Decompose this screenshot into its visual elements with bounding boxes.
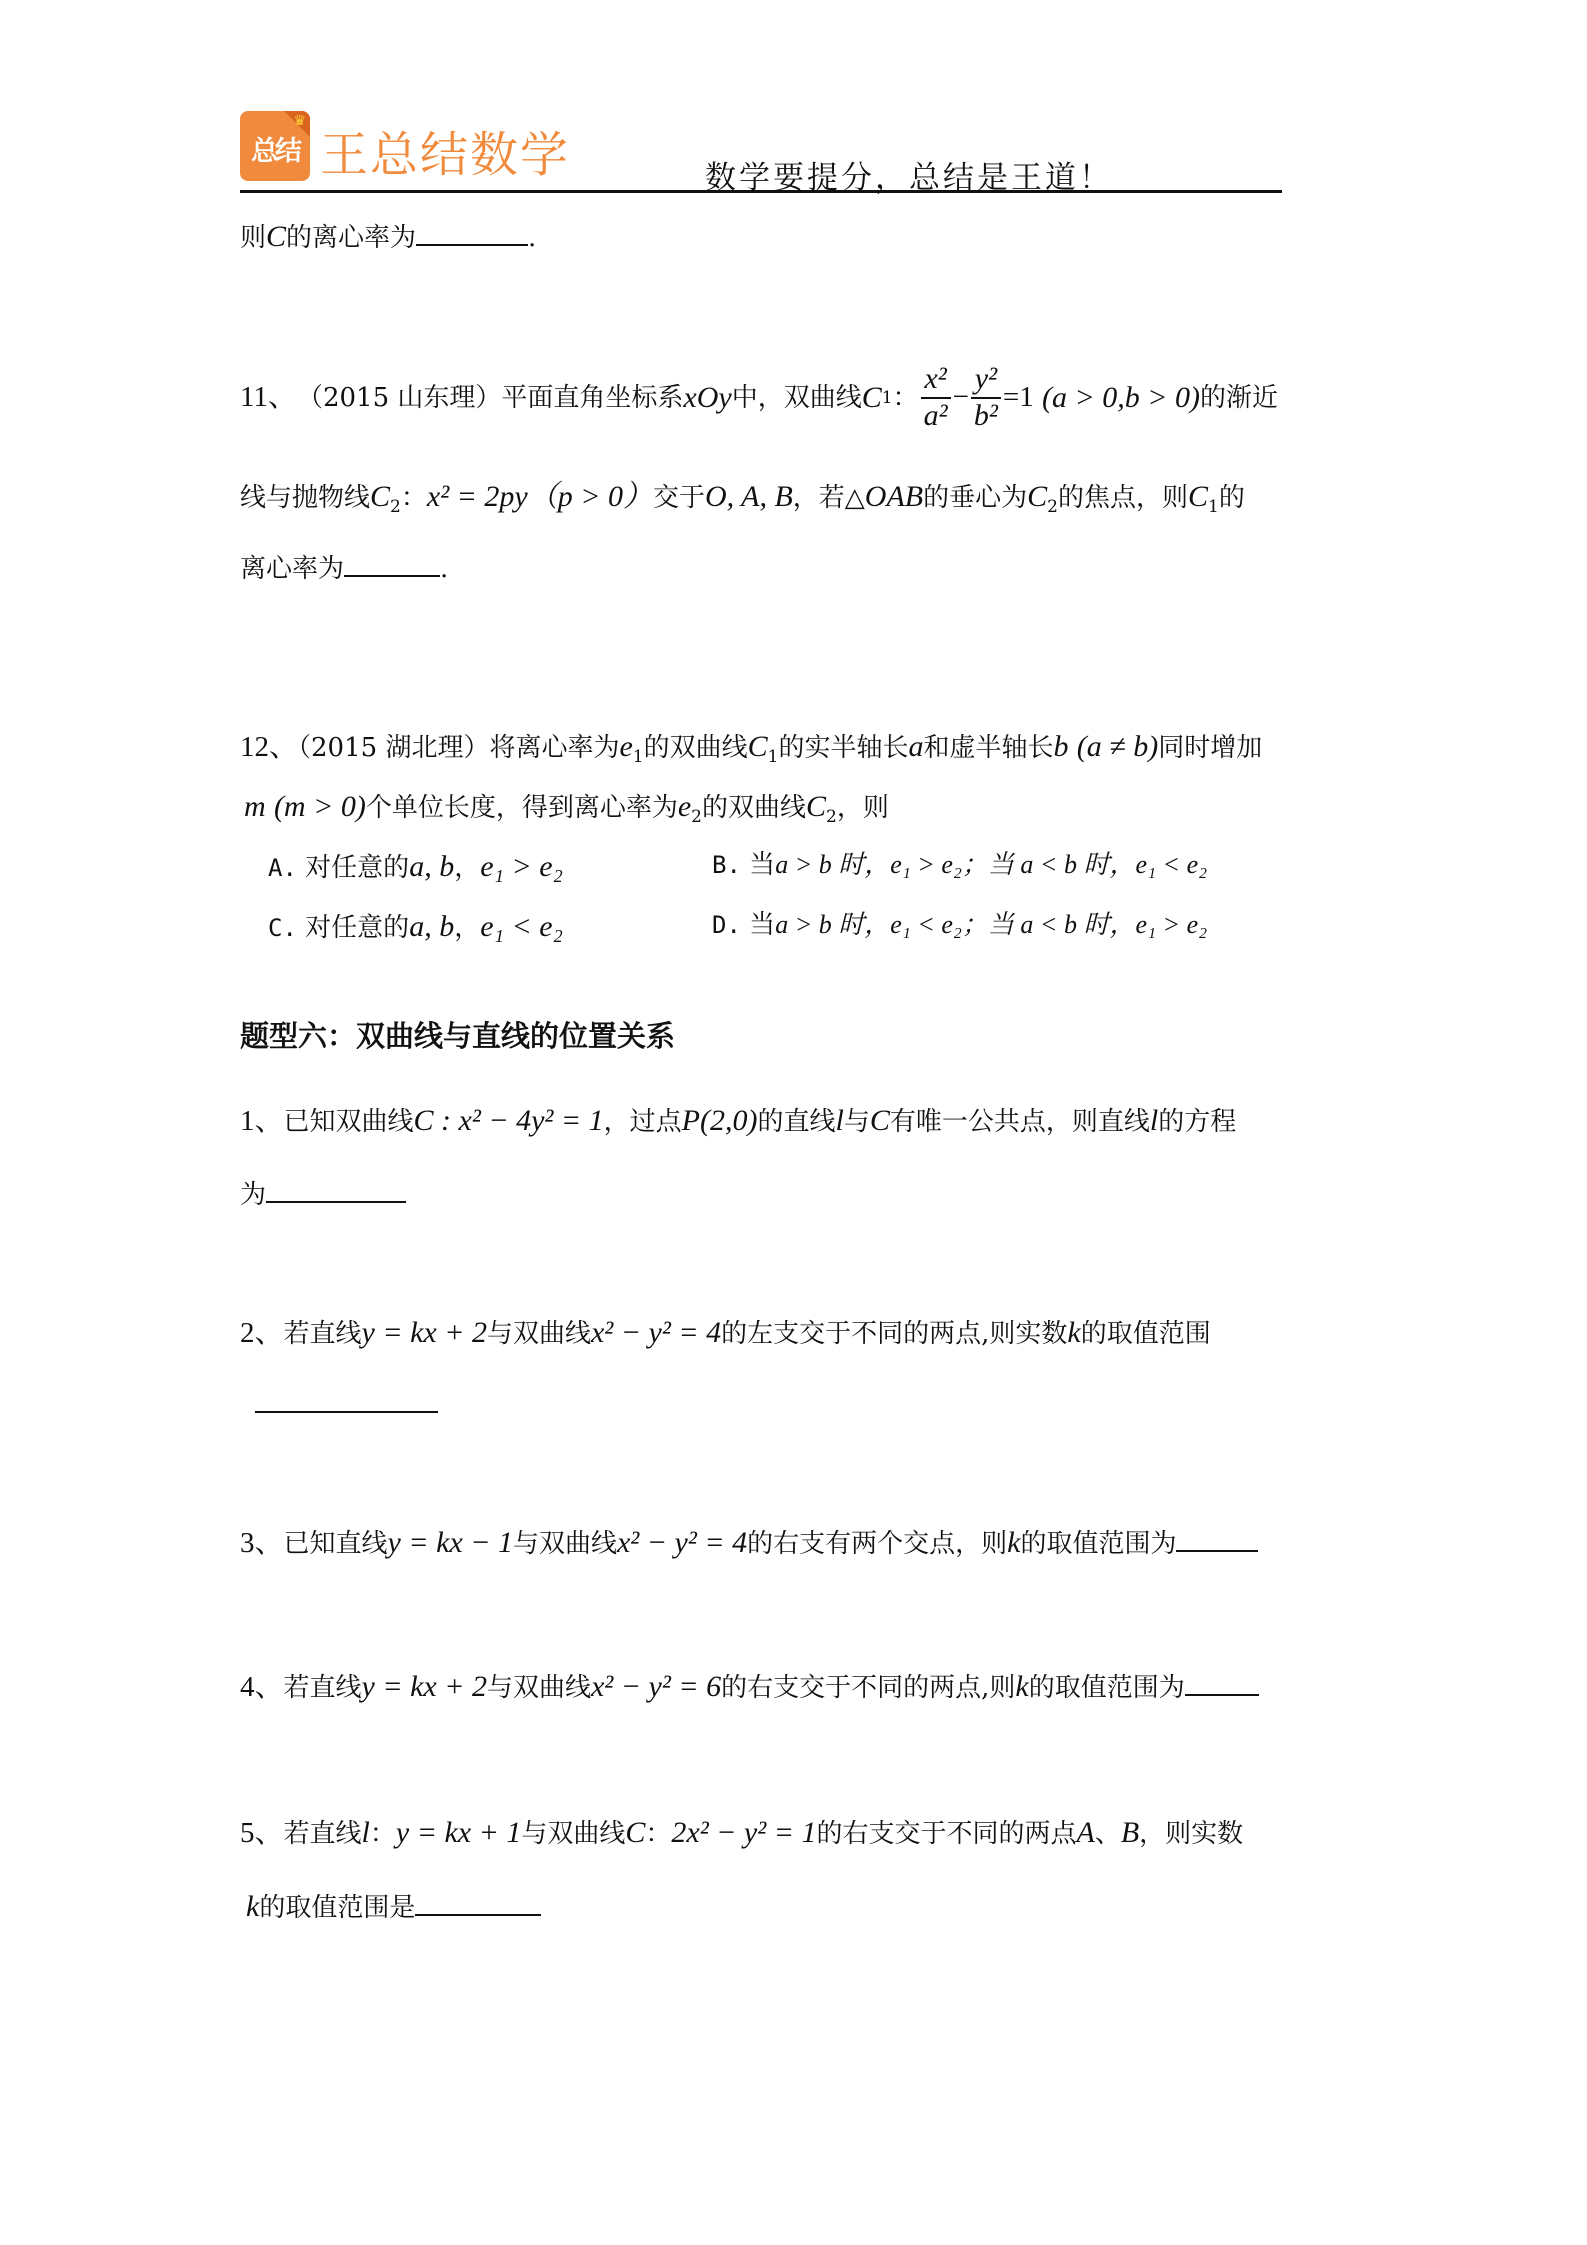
text: ，则实数 (1139, 1819, 1243, 1849)
relation: a > b 时，e₁ > e₂；当 a < b 时，e₁ < e₂ (775, 850, 1207, 879)
option-d[interactable]: D. 当a > b 时，e₁ < e₂；当 a < b 时，e₁ > e₂ (712, 912, 1207, 938)
subscript: 1 (633, 747, 644, 767)
text: 已知直线 (284, 1529, 388, 1559)
line-equation: y = kx − 1 (388, 1526, 513, 1559)
relation: a > b 时，e₁ < e₂；当 a < b 时，e₁ > e₂ (775, 910, 1207, 939)
text: 同时增加 (1158, 733, 1262, 763)
s6-q3-line-1: 3、已知直线y = kx − 1与双曲线x² − y² = 4的右支有两个交点，… (240, 1528, 1258, 1558)
answer-blank[interactable] (1176, 1549, 1258, 1552)
s6-q5-line-1: 5、若直线l：y = kx + 1与双曲线C：2x² − y² = 1的右支交于… (240, 1818, 1243, 1848)
text: 的取值范围 (1081, 1319, 1211, 1349)
text: 的方程 (1158, 1107, 1236, 1137)
points: O, A, B (705, 480, 793, 513)
text: 的离心率为 (286, 223, 416, 253)
answer-blank[interactable] (344, 574, 440, 577)
line-equation: y = kx + 2 (362, 1670, 487, 1703)
math-var: xOy (683, 383, 731, 413)
text: 的 (1219, 483, 1245, 513)
q12-line-2: m (m > 0)个单位长度，得到离心率为e2的双曲线C2，则 (244, 792, 889, 822)
text: ，过点 (604, 1107, 682, 1137)
option-a[interactable]: A. 对任意的a, b，e₁ > e₂ (268, 852, 563, 882)
answer-blank[interactable] (255, 1410, 438, 1413)
question-number: 3、 (240, 1527, 284, 1559)
condition: (a > 0,b > 0) (1042, 383, 1200, 413)
point: A (1077, 1816, 1095, 1849)
text: 的双曲线 (702, 793, 806, 823)
question-source: （2015 湖北理） (298, 733, 489, 763)
text: 离心率为 (240, 554, 344, 584)
math-var: a (909, 730, 924, 763)
point: B (1121, 1816, 1139, 1849)
text: 当 (749, 850, 775, 880)
math-var: k (1015, 1670, 1028, 1703)
text: 的焦点，则 (1058, 483, 1188, 513)
denominator: a² (921, 399, 951, 434)
text: 的直线 (757, 1107, 835, 1137)
option-b[interactable]: B. 当a > b 时，e₁ > e₂；当 a < b 时，e₁ < e₂ (712, 852, 1207, 878)
condition: （p > 0） (528, 480, 653, 513)
fraction-y2-b2: y²b² (971, 362, 1001, 433)
math-var: l (1150, 1104, 1158, 1137)
text: 平面直角坐标系 (501, 385, 683, 411)
text: 若直线 (284, 1673, 362, 1703)
answer-blank[interactable] (1185, 1693, 1259, 1696)
question-source: （2015 山东理） (297, 385, 501, 411)
question-number: 5、 (240, 1817, 284, 1849)
text: ， (454, 853, 480, 883)
math-var: C (1188, 480, 1208, 513)
text: 和虚半轴长 (924, 733, 1054, 763)
s6-q2-line-1: 2、若直线y = kx + 2与双曲线x² − y² = 4的左支交于不同的两点… (240, 1318, 1211, 1348)
answer-blank[interactable] (416, 243, 528, 246)
math-var: a, b (409, 910, 454, 943)
text: 当 (749, 910, 775, 940)
text: 线与抛物线 (240, 483, 370, 513)
subscript: 2 (390, 497, 401, 517)
math-var: e (619, 730, 632, 763)
text: 与 (844, 1107, 870, 1137)
text: 中，双曲线 (732, 385, 862, 411)
math-var: C (748, 730, 768, 763)
condition: (a ≠ b) (1077, 730, 1158, 763)
text: 有唯一公共点，则直线 (890, 1107, 1150, 1137)
question-number: 4、 (240, 1671, 284, 1703)
text: 若直线 (284, 1319, 362, 1349)
option-label: B. (712, 851, 741, 879)
text: 与双曲线 (521, 1819, 625, 1849)
math-var: b (1054, 730, 1069, 763)
text: 的右支交于不同的两点,则 (721, 1673, 1015, 1703)
q11-line-2: 线与抛物线C2：x² = 2py（p > 0）交于O, A, B，若△OAB的垂… (240, 482, 1245, 512)
text: 的垂心为 (923, 483, 1027, 513)
text: 为 (240, 1180, 266, 1210)
q11-line-1: 11、（2015 山东理）平面直角坐标系xOy中，双曲线C1： x²a²−y²b… (240, 362, 1278, 433)
denominator: b² (971, 399, 1001, 434)
text: 的左支交于不同的两点,则实数 (721, 1319, 1067, 1349)
answer-blank[interactable] (266, 1200, 406, 1203)
text: ： (401, 483, 427, 513)
math-var: k (246, 1890, 259, 1923)
question-number: 2、 (240, 1317, 284, 1349)
q11-line-3: 离心率为. (240, 556, 448, 582)
text: 的实半轴长 (778, 733, 908, 763)
s6-q4-line-1: 4、若直线y = kx + 2与双曲线x² − y² = 6的右支交于不同的两点… (240, 1672, 1259, 1702)
hyperbola-equation: x² − y² = 6 (591, 1670, 721, 1703)
math-var: m (244, 790, 266, 823)
question-number: 11、 (240, 383, 297, 412)
math-var: C (1027, 480, 1047, 513)
hyperbola-equation: 2x² − y² = 1 (671, 1816, 816, 1849)
text: 个单位长度，得到离心率为 (366, 793, 678, 823)
s6-q1-line-1: 1、已知双曲线C : x² − 4y² = 1，过点P(2,0)的直线l与C有唯… (240, 1106, 1236, 1136)
section-heading: 题型六：双曲线与直线的位置关系 (240, 1022, 675, 1051)
answer-blank[interactable] (415, 1913, 541, 1916)
text: ， (454, 913, 480, 943)
subscript: 2 (1047, 497, 1058, 517)
text: 对任意的 (305, 913, 409, 943)
point: P(2,0) (682, 1104, 758, 1137)
math-var: e (678, 790, 691, 823)
hyperbola-equation: x² − y² = 4 (591, 1316, 721, 1349)
text: 的取值范围为 (1020, 1529, 1176, 1559)
text: 的取值范围为 (1029, 1673, 1185, 1703)
math-var: C (870, 1104, 890, 1137)
text: 的双曲线 (644, 733, 748, 763)
q12-line-1: 12、（2015 湖北理）将离心率为e1的双曲线C1的实半轴长a和虚半轴长b (… (240, 732, 1262, 762)
question-number: 12、 (240, 731, 298, 763)
fraction-x2-a2: x²a² (921, 362, 951, 433)
triangle-name: OAB (865, 480, 923, 513)
carryover-line: 则C的离心率为. (240, 222, 536, 252)
minus-sign: − (953, 383, 969, 412)
math-var: a, b (409, 850, 454, 883)
math-var: C (625, 1816, 645, 1849)
text: 的取值范围是 (259, 1893, 415, 1923)
numerator: y² (971, 362, 1001, 399)
text: ： (645, 1819, 671, 1849)
text: 将离心率为 (489, 733, 619, 763)
relation: e₁ > e₂ (480, 850, 563, 883)
text: 的渐近 (1200, 385, 1278, 411)
brand-name: 王总结数学 (320, 116, 570, 185)
text: . (440, 554, 448, 584)
text: 若直线 (284, 1819, 362, 1849)
math-var: C (862, 383, 882, 413)
hyperbola-equation: C : x² − 4y² = 1 (414, 1104, 604, 1137)
equals-one: =1 (1003, 383, 1034, 412)
parabola-equation: x² = 2py (427, 480, 528, 513)
crown-icon: ♛ (293, 113, 306, 129)
s6-q5-line-2: k的取值范围是 (246, 1892, 541, 1922)
option-label: C. (268, 914, 297, 942)
subscript: 1 (768, 747, 779, 767)
option-label: A. (268, 854, 297, 882)
math-var: l (835, 1104, 843, 1137)
text: 、 (1095, 1819, 1121, 1849)
line-equation: y = kx + 1 (396, 1816, 521, 1849)
text: 与双曲线 (487, 1319, 591, 1349)
header-divider (240, 190, 1282, 193)
subscript: 2 (691, 807, 702, 827)
text: ： (370, 1819, 396, 1849)
text: ： (893, 385, 919, 411)
text: 已知双曲线 (284, 1107, 414, 1137)
math-var: C (370, 480, 390, 513)
math-var: k (1067, 1316, 1080, 1349)
text: 的右支有两个交点，则 (747, 1529, 1007, 1559)
math-var: l (362, 1816, 370, 1849)
text: ，若△ (793, 483, 865, 513)
option-label: D. (712, 911, 741, 939)
logo-badge: ♛ 总结 (240, 111, 310, 181)
text: ，则 (837, 793, 889, 823)
text: 交于 (653, 483, 705, 513)
math-var: C (266, 220, 286, 253)
question-number: 1、 (240, 1105, 284, 1137)
option-c[interactable]: C. 对任意的a, b，e₁ < e₂ (268, 912, 563, 942)
math-var: C (806, 790, 826, 823)
text: 的右支交于不同的两点 (816, 1819, 1076, 1849)
relation: e₁ < e₂ (480, 910, 563, 943)
s6-q1-line-2: 为 (240, 1182, 406, 1208)
subscript: 2 (826, 807, 837, 827)
text: 对任意的 (305, 853, 409, 883)
logo-badge-text: 总结 (242, 129, 308, 168)
line-equation: y = kx + 2 (362, 1316, 487, 1349)
condition: (m > 0) (274, 790, 366, 823)
text: 与双曲线 (513, 1529, 617, 1559)
hyperbola-equation: x² − y² = 4 (617, 1526, 747, 1559)
text: . (528, 223, 536, 253)
math-var: k (1007, 1526, 1020, 1559)
text: 则 (240, 223, 266, 253)
text: 与双曲线 (487, 1673, 591, 1703)
subscript: 1 (1208, 497, 1219, 517)
numerator: x² (921, 362, 951, 399)
